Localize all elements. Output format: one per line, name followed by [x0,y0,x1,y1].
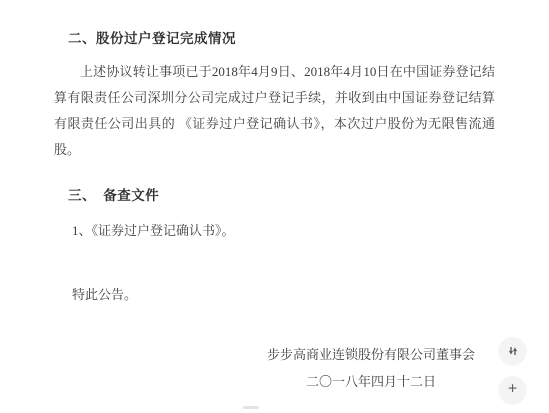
reference-document-item: 1、《证券过户登记确认书》。 [72,220,235,239]
announcement-page: 二、股份过户登记完成情况 上述协议转让事项已于2018年4月9日、2018年4月… [0,0,549,413]
section-heading-reference-documents: 三、 备查文件 [68,184,159,204]
cropped-text-artifact [243,406,259,409]
signature-date: 二〇一八年四月十二日 [251,375,491,389]
plus-icon: + [508,381,517,397]
section-heading-share-transfer-completion: 二、股份过户登记完成情况 [68,27,236,47]
signature-block: 步步高商业连锁股份有限公司董事会 二〇一八年四月十二日 [251,348,491,402]
share-transfer-paragraph: 上述协议转让事项已于2018年4月9日、2018年4月10日在中国证券登记结算有… [54,59,495,163]
collapse-arrows-icon [507,345,519,357]
collapse-button[interactable] [499,337,526,364]
signature-company: 步步高商业连锁股份有限公司董事会 [251,348,491,362]
expand-button[interactable]: + [499,376,526,403]
closing-statement: 特此公告。 [72,284,137,303]
